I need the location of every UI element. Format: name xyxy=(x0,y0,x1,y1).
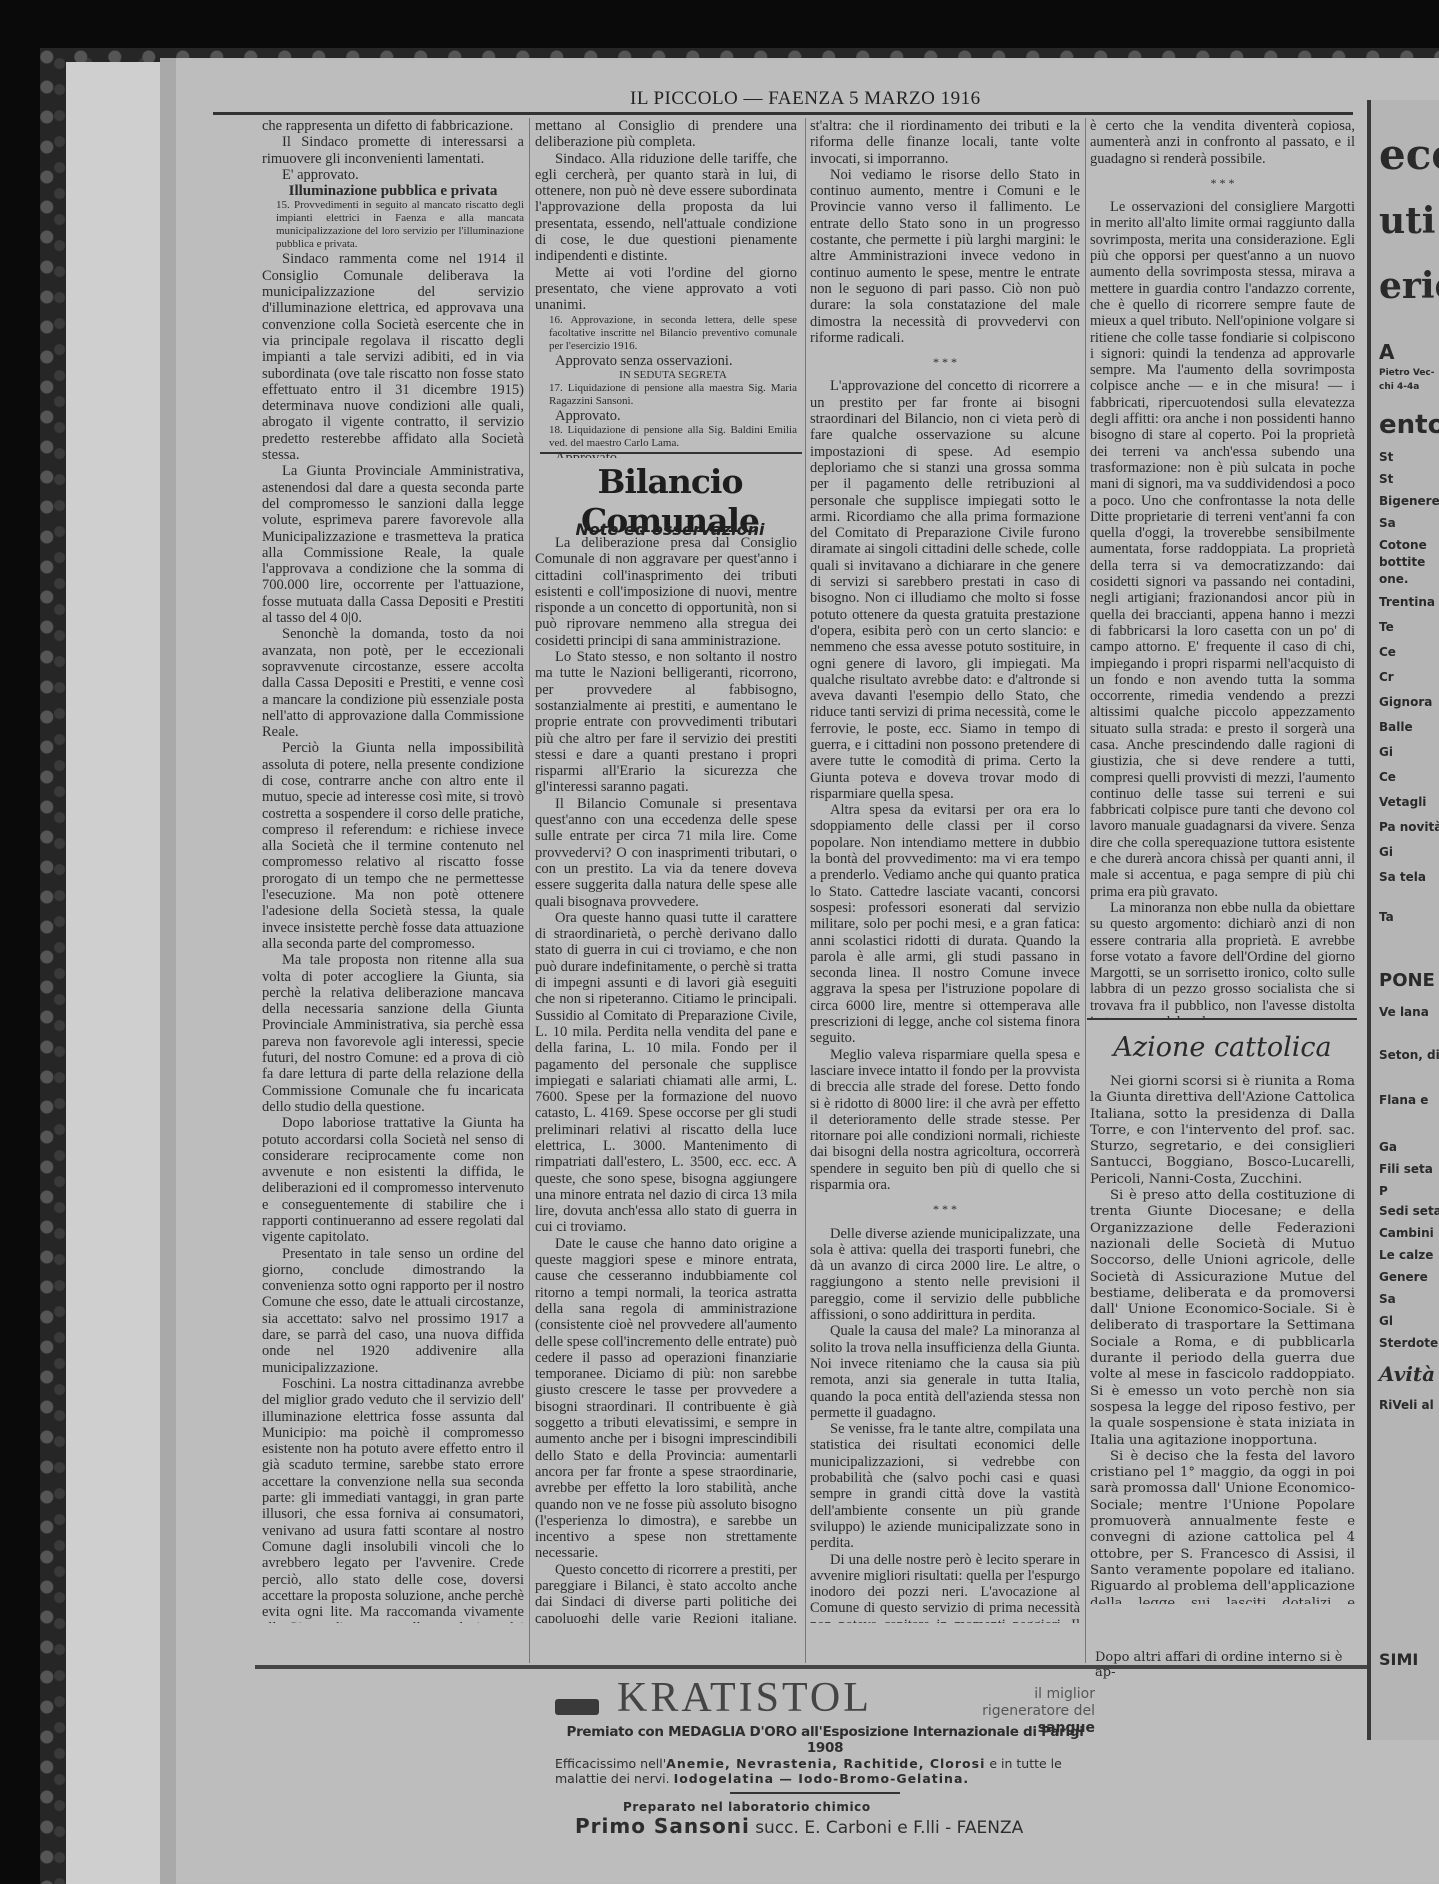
paragraph: Approvato. xyxy=(535,408,797,424)
paragraph: Sindaco rammenta come nel 1914 il Consig… xyxy=(262,251,524,463)
strip-fragment: St xyxy=(1379,472,1393,486)
paragraph: Sindaco. Alla riduzione delle tariffe, c… xyxy=(535,151,797,265)
ad-text: e in tutte le xyxy=(989,1756,1062,1771)
strip-fragment: Ce xyxy=(1379,770,1396,784)
footer-rule xyxy=(255,1665,1400,1669)
paragraph: Presentato in tale senso un ordine del g… xyxy=(262,1246,524,1376)
ad-tagline-1: il miglior xyxy=(953,1686,1095,1703)
paragraph: Meglio valeva risparmiare quella spesa e… xyxy=(810,1047,1080,1194)
strip-fragment: Pa novità xyxy=(1379,820,1439,834)
strip-fragment: uti xyxy=(1379,200,1435,242)
ad-maker-name: Primo Sansoni xyxy=(575,1814,750,1838)
strip-fragment: Fili seta xyxy=(1379,1162,1433,1176)
paragraph: E' approvato. xyxy=(262,167,524,183)
secret-session-label: IN SEDUTA SEGRETA xyxy=(535,369,797,382)
paragraph: Date le cause che hanno dato origine a q… xyxy=(535,1236,797,1562)
article-rule xyxy=(540,452,802,454)
paragraph: La deliberazione presa dal Consiglio Com… xyxy=(535,535,797,649)
strip-fragment: Ce xyxy=(1379,645,1396,659)
agenda-item: 15. Provvedimenti in seguito al mancato … xyxy=(262,199,524,251)
paragraph: mettano al Consiglio di prendere una del… xyxy=(535,118,797,151)
strip-fragment: Sa xyxy=(1379,1292,1396,1306)
strip-fragment: SIMI xyxy=(1379,1650,1418,1669)
strip-fragment: Ga xyxy=(1379,1140,1397,1154)
kratistol-advertisement: KRATISTOL il miglior rigeneratore del sa… xyxy=(555,1674,1095,1838)
paragraph: Il Bilancio Comunale si presentava quest… xyxy=(535,796,797,910)
article-title: Azione cattolica xyxy=(1090,1032,1355,1063)
paragraph: Di una delle nostre però è lecito sperar… xyxy=(810,1552,1080,1623)
paragraph: Le osservazioni del consigliere Margotti… xyxy=(1090,199,1355,900)
ad-indications: Efficacissimo nell'Anemie, Nevrastenia, … xyxy=(555,1756,1095,1771)
section-separator: * * * xyxy=(1090,175,1355,191)
ad-tagline: il miglior rigeneratore del sangue xyxy=(953,1686,1095,1737)
paragraph: st'altra: che il riordinamento dei tribu… xyxy=(810,118,1080,167)
pointing-hand-icon xyxy=(555,1699,599,1715)
ad-tagline-2: rigeneratore del xyxy=(982,1703,1095,1719)
ad-conditions: Anemie, Nevrastenia, Rachitide, Clorosi xyxy=(666,1756,985,1771)
strip-fragment: one. xyxy=(1379,572,1408,586)
column-2-bilancio-body: La deliberazione presa dal Consiglio Com… xyxy=(535,535,797,1623)
section-separator: * * * xyxy=(810,354,1080,370)
strip-fragment: PONE xyxy=(1379,970,1435,991)
paragraph: Delle diverse aziende municipalizzate, u… xyxy=(810,1226,1080,1324)
page-gutter xyxy=(160,58,176,1884)
adjacent-page-strip: ecci uti erie A Pietro Vec- chi 4-4a ent… xyxy=(1367,100,1439,1740)
paragraph: Lo Stato stesso, e non soltanto il nostr… xyxy=(535,649,797,796)
paragraph: Ma tale proposta non ritenne alla sua vo… xyxy=(262,952,524,1115)
strip-fragment: bottite xyxy=(1379,555,1425,569)
paragraph: Si è deciso che la festa del lavoro cris… xyxy=(1090,1449,1355,1604)
strip-fragment: Gi xyxy=(1379,745,1393,759)
header-rule xyxy=(213,112,1353,115)
strip-fragment: Le calze xyxy=(1379,1248,1433,1262)
paragraph: Dopo laboriose trattative la Giunta ha p… xyxy=(262,1115,524,1245)
ad-products: malattie dei nervi. Iodogelatina — Iodo-… xyxy=(555,1771,1095,1786)
strip-fragment: A xyxy=(1379,340,1394,364)
ad-text: Efficacissimo nell' xyxy=(555,1756,666,1771)
column-divider xyxy=(529,118,530,1663)
strip-fragment: RiVeli al xyxy=(1379,1398,1434,1412)
section-subheading: Illuminazione pubblica e privata xyxy=(262,183,524,199)
ad-tagline-3: sangue xyxy=(1038,1720,1095,1736)
strip-fragment: Sa tela xyxy=(1379,870,1426,884)
strip-fragment: Gignora xyxy=(1379,695,1432,709)
strip-fragment: Ve lana xyxy=(1379,1005,1429,1019)
agenda-item: 16. Approvazione, in seconda lettera, de… xyxy=(535,314,797,353)
strip-fragment: Flana e xyxy=(1379,1093,1428,1107)
column-3: st'altra: che il riordinamento dei tribu… xyxy=(810,118,1080,1623)
strip-fragment: Bigenere xyxy=(1379,494,1439,508)
paragraph: Perciò la Giunta nella impossibilità ass… xyxy=(262,740,524,952)
ad-divider xyxy=(730,1792,900,1794)
strip-fragment: Sa xyxy=(1379,516,1396,530)
paragraph: Noi vediamo le risorse dello Stato in co… xyxy=(810,167,1080,346)
strip-fragment: St xyxy=(1379,450,1393,464)
paragraph: Quale la causa del male? La minoranza al… xyxy=(810,1323,1080,1421)
strip-fragment: Ta xyxy=(1379,910,1394,924)
paragraph: Nei giorni scorsi si è riunita a Roma la… xyxy=(1090,1074,1355,1188)
column-2-council-minutes: mettano al Consiglio di prendere una del… xyxy=(535,118,797,458)
strip-fragment: Vetagli xyxy=(1379,795,1426,809)
agenda-item: 18. Liquidazione di pensione alla Sig. B… xyxy=(535,424,797,450)
article-rule xyxy=(1087,1018,1357,1020)
paragraph: Approvato senza osservazioni. xyxy=(535,353,797,369)
ad-maker: Primo Sansoni succ. E. Carboni e F.lli -… xyxy=(575,1814,1095,1838)
ad-product-names: Iodogelatina — Iodo-Bromo-Gelatina. xyxy=(674,1771,970,1786)
paragraph: Ora queste hanno quasi tutte il caratter… xyxy=(535,910,797,1236)
strip-fragment: Sedi seta xyxy=(1379,1204,1439,1218)
paragraph: La minoranza non ebbe nulla da obiettare… xyxy=(1090,900,1355,1018)
strip-fragment: ecci xyxy=(1379,130,1439,179)
flyleaf-page xyxy=(66,62,160,1884)
column-1: che rappresenta un difetto di fabbricazi… xyxy=(262,118,524,1623)
strip-fragment: Trentina xyxy=(1379,595,1435,609)
strip-fragment: Genere xyxy=(1379,1270,1428,1284)
ad-maker-suffix: succ. E. Carboni e F.lli - FAENZA xyxy=(755,1818,1023,1838)
agenda-item: 17. Liquidazione di pensione alla maestr… xyxy=(535,382,797,408)
strip-fragment: Gi xyxy=(1379,845,1393,859)
paragraph: Senonchè la domanda, tosto da noi avanza… xyxy=(262,626,524,740)
column-4: è certo che la vendita diventerà copiosa… xyxy=(1090,118,1355,1018)
ad-prepared-by: Preparato nel laboratorio chimico xyxy=(623,1800,1095,1814)
masthead: IL PICCOLO — FAENZA 5 MARZO 1916 xyxy=(630,88,981,110)
paragraph: Mette ai voti l'ordine del giorno presen… xyxy=(535,265,797,314)
section-separator: * * * xyxy=(810,1201,1080,1217)
column-divider xyxy=(1085,118,1086,1663)
paragraph: Il Sindaco promette di interessarsi a ri… xyxy=(262,134,524,167)
strip-fragment: Avità xyxy=(1379,1362,1435,1386)
ad-brand: KRATISTOL xyxy=(617,1675,872,1721)
strip-fragment: Cotone xyxy=(1379,538,1427,552)
paragraph: Si è preso atto della costituzione di tr… xyxy=(1090,1188,1355,1449)
strip-fragment: chi 4-4a xyxy=(1379,382,1419,392)
strip-fragment: Balle xyxy=(1379,720,1413,734)
paragraph: Se venisse, fra le tante altre, compilat… xyxy=(810,1421,1080,1551)
paragraph: Foschini. La nostra cittadinanza avrebbe… xyxy=(262,1376,524,1623)
strip-fragment: Pietro Vec- xyxy=(1379,368,1435,378)
ad-text: malattie dei nervi. xyxy=(555,1771,670,1786)
strip-fragment: Sterdote xyxy=(1379,1336,1438,1350)
paragraph: L'approvazione del concetto di ricorrere… xyxy=(810,378,1080,802)
strip-fragment: Te xyxy=(1379,620,1394,634)
strip-fragment: Seton, di xyxy=(1379,1048,1439,1062)
column-divider xyxy=(805,118,806,1663)
paragraph: La Giunta Provinciale Amministrativa, as… xyxy=(262,463,524,626)
strip-fragment: Cr xyxy=(1379,670,1394,684)
paragraph: Questo concetto di ricorrere a prestiti,… xyxy=(535,1562,797,1623)
strip-fragment: Gl xyxy=(1379,1314,1393,1328)
paragraph: è certo che la vendita diventerà copiosa… xyxy=(1090,118,1355,167)
strip-fragment: ento xyxy=(1379,410,1439,440)
strip-fragment: P xyxy=(1379,1184,1388,1198)
strip-fragment: Cambini xyxy=(1379,1226,1434,1240)
paragraph: che rappresenta un difetto di fabbricazi… xyxy=(262,118,524,134)
strip-fragment: erie xyxy=(1379,265,1439,307)
paragraph: Altra spesa da evitarsi per ora era lo s… xyxy=(810,802,1080,1046)
azione-cattolica-body: Nei giorni scorsi si è riunita a Roma la… xyxy=(1090,1074,1355,1604)
